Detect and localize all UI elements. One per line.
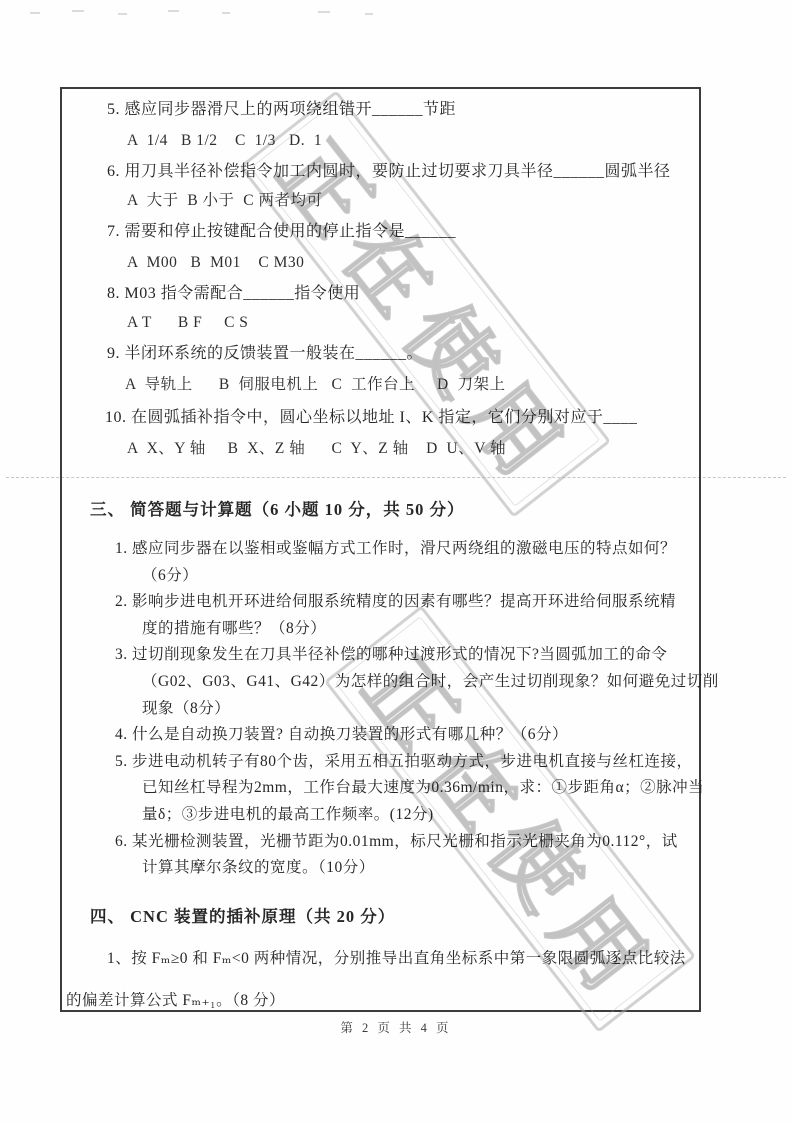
- scan-artifact: [118, 13, 127, 15]
- scan-artifact: [30, 12, 40, 14]
- question-line: 量δ；③步进电机的最高工作频率。(12分): [142, 806, 434, 825]
- question-line: 现象（8分）: [142, 700, 230, 719]
- mc-question-options: A 导轨上 B 伺服电机上 C 工作台上 D 刀架上: [125, 376, 505, 395]
- section-four-heading: 四、 CNC 装置的插补原理（共 20 分）: [90, 907, 395, 927]
- mc-question-stem: 7. 需要和停止按键配合使用的停止指令是______: [107, 222, 456, 241]
- footer-page-number: 第 2 页 共 4 页: [0, 1018, 792, 1036]
- mc-question-stem: 5. 感应同步器滑尺上的两项绕组错开______节距: [107, 100, 456, 119]
- mc-question-options: A 1/4 B 1/2 C 1/3 D. 1: [127, 132, 322, 151]
- mc-question-stem: 8. M03 指令需配合______指令使用: [107, 284, 360, 303]
- mc-question-options: A 大于 B 小于 C 两者均可: [127, 192, 323, 211]
- mc-question-options: A X、Y 轴 B X、Z 轴 C Y、Z 轴 D U、V 轴: [127, 440, 506, 459]
- scanned-exam-page: 正在使用 正在使用 5. 感应同步器滑尺上的两项绕组错开______节距 A 1…: [0, 0, 792, 1122]
- scan-artifact: [365, 13, 373, 15]
- question-line: 5. 步进电动机转子有80个齿，采用五相五拍驱动方式，步进电机直接与丝杠连接，: [115, 753, 693, 772]
- page-border-frame: 正在使用 正在使用 5. 感应同步器滑尺上的两项绕组错开______节距 A 1…: [60, 87, 701, 1012]
- scan-artifact: [318, 11, 330, 13]
- mc-question-stem: 9. 半闭环系统的反馈装置一般装在______。: [107, 344, 423, 363]
- scan-artifact: [168, 10, 179, 12]
- question-line: 3. 过切削现象发生在刀具半径补偿的哪种过渡形式的情况下?当圆弧加工的命令: [115, 646, 667, 665]
- question-line: （G02、G03、G41、G42）为怎样的组合时，会产生过切削现象？如何避免过切…: [142, 673, 719, 692]
- question-line: 2. 影响步进电机开环进给伺服系统精度的因素有哪些？提高开环进给伺服系统精: [115, 593, 676, 612]
- mc-question-stem: 10. 在圆弧插补指令中，圆心坐标以地址 I、K 指定，它们分别对应于____: [105, 408, 637, 427]
- mc-question-options: A T B F C S: [127, 314, 248, 333]
- scan-artifact: [222, 12, 230, 14]
- question-line: 4. 什么是自动换刀装置? 自动换刀装置的形式有哪几种？（6分）: [115, 726, 568, 745]
- question-line: 度的措施有哪些？（8分）: [142, 620, 326, 639]
- question-line: 1、按 Fₘ≥0 和 Fₘ<0 两种情况，分别推导出直角坐标系中第一象限圆弧逐点…: [107, 950, 686, 969]
- question-line: 已知丝杠导程为2mm，工作台最大速度为0.36m/min，求：①步距角α；②脉冲…: [142, 779, 704, 798]
- scan-artifact: [72, 10, 84, 12]
- question-line: 1. 感应同步器在以鉴相或鉴幅方式工作时，滑尺两绕组的激磁电压的特点如何？: [115, 540, 676, 559]
- question-line: （6分）: [142, 567, 198, 586]
- section-three-heading: 三、 简答题与计算题（6 小题 10 分，共 50 分）: [90, 500, 465, 520]
- mc-question-stem: 6. 用刀具半径补偿指令加工内圆时，要防止过切要求刀具半径______圆弧半径: [107, 162, 671, 181]
- question-line: 6. 某光栅检测装置，光栅节距为0.01mm，标尺光栅和指示光栅夹角为0.112…: [115, 833, 678, 852]
- question-line: 的偏差计算公式 Fₘ₊₁。（8 分）: [66, 992, 285, 1011]
- question-line: 计算其摩尔条纹的宽度。（10分）: [142, 859, 375, 878]
- mc-question-options: A M00 B M01 C M30: [127, 254, 304, 273]
